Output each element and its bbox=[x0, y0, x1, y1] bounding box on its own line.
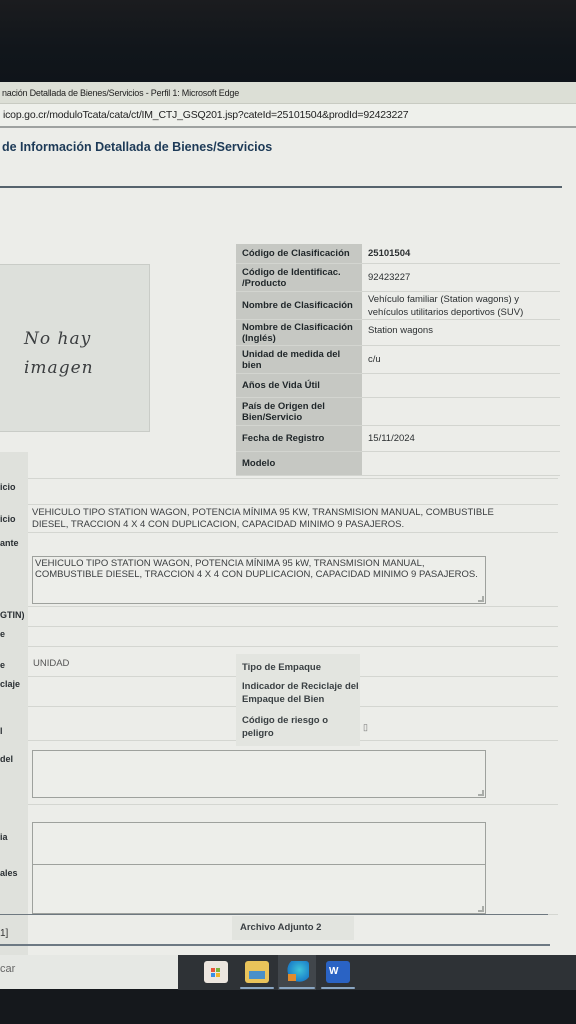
recycle-indicator-label: Indicador de Reciclaje del Empaque del B… bbox=[242, 680, 360, 706]
info-row-classification-name: Nombre de Clasificación Vehículo familia… bbox=[236, 292, 560, 320]
field-label-truncated: l bbox=[0, 726, 3, 736]
field-label-truncated: claje bbox=[0, 679, 20, 689]
taskbar-search[interactable]: car bbox=[0, 955, 178, 989]
row-divider bbox=[28, 804, 558, 805]
footer-divider bbox=[0, 944, 550, 946]
product-image-placeholder: No hay imagen bbox=[0, 264, 150, 432]
footer-divider bbox=[0, 914, 548, 915]
description-textarea[interactable]: VEHICULO TIPO STATION WAGON, POTENCIA MÍ… bbox=[32, 556, 486, 604]
resize-grip-icon[interactable] bbox=[478, 790, 484, 796]
field-label-truncated: del bbox=[0, 754, 13, 764]
info-row-country-of-origin: País de Origen del Bien/Servicio bbox=[236, 398, 560, 426]
field-label-truncated: icio bbox=[0, 514, 16, 524]
row-divider bbox=[28, 532, 558, 533]
word-icon[interactable]: W bbox=[326, 961, 350, 983]
edge-icon[interactable] bbox=[285, 961, 309, 983]
file-explorer-running-indicator bbox=[240, 987, 274, 989]
info-row-classification-code: Código de Clasificación 25101504 bbox=[236, 244, 560, 264]
field-label-gtin: GTIN) bbox=[0, 610, 25, 620]
packaging-type-label: Tipo de Empaque bbox=[242, 661, 321, 674]
taskbar-apps: W bbox=[178, 955, 576, 991]
field-label-truncated: icio bbox=[0, 482, 16, 492]
info-row-useful-life: Años de Vida Útil bbox=[236, 374, 560, 398]
info-row-classification-name-english: Nombre de Clasificación (Inglés) Station… bbox=[236, 320, 560, 346]
page-content: de Información Detallada de Bienes/Servi… bbox=[0, 128, 576, 960]
edge-running-indicator bbox=[279, 987, 315, 989]
monitor-bezel-bottom bbox=[0, 990, 576, 1024]
monitor-bezel-top bbox=[0, 0, 576, 82]
field-label-truncated: ante bbox=[0, 538, 19, 548]
window-titlebar: nación Detallada de Bienes/Servicios - P… bbox=[0, 82, 576, 104]
resize-grip-icon[interactable] bbox=[478, 596, 484, 602]
info-row-unit-of-measure: Unidad de medida del bien c/u bbox=[236, 346, 560, 374]
packaging-labels: Tipo de Empaque Indicador de Reciclaje d… bbox=[236, 654, 360, 746]
unit-value: UNIDAD bbox=[33, 658, 69, 669]
row-divider bbox=[28, 646, 558, 647]
hazard-code-label: Código de riesgo o peligro bbox=[242, 714, 352, 740]
word-running-indicator bbox=[321, 987, 355, 989]
title-divider bbox=[0, 186, 562, 188]
browser-window: nación Detallada de Bienes/Servicios - P… bbox=[0, 82, 576, 960]
store-icon[interactable] bbox=[204, 961, 228, 983]
resize-grip-icon[interactable] bbox=[478, 906, 484, 912]
textarea-field-1[interactable] bbox=[32, 750, 486, 798]
left-label-column bbox=[0, 452, 28, 960]
info-row-registration-date: Fecha de Registro 15/11/2024 bbox=[236, 426, 560, 452]
no-image-text: No hay imagen bbox=[24, 325, 94, 383]
footer-bracket-text: 1] bbox=[0, 928, 8, 939]
row-divider bbox=[28, 504, 558, 505]
page-title: de Información Detallada de Bienes/Servi… bbox=[2, 140, 272, 154]
address-bar[interactable]: icop.go.cr/moduloTcata/cata/ct/IM_CTJ_GS… bbox=[0, 104, 576, 128]
attachment-2-label: Archivo Adjunto 2 bbox=[232, 916, 354, 940]
info-row-model: Modelo bbox=[236, 452, 560, 476]
windows-taskbar: car W bbox=[0, 955, 576, 995]
short-description-text: VEHICULO TIPO STATION WAGON, POTENCIA MÍ… bbox=[32, 507, 532, 531]
field-label-truncated: ales bbox=[0, 868, 18, 878]
field-label-truncated: ia bbox=[0, 832, 8, 842]
info-row-product-id: Código de Identificac. /Producto 9242322… bbox=[236, 264, 560, 292]
file-explorer-icon[interactable] bbox=[245, 961, 269, 983]
textarea-field-3[interactable] bbox=[32, 864, 486, 914]
row-divider bbox=[28, 606, 558, 607]
product-info-table: Código de Clasificación 25101504 Código … bbox=[236, 244, 560, 476]
hazard-code-value: ▯ bbox=[363, 722, 368, 733]
row-divider bbox=[28, 626, 558, 627]
field-label-truncated: e bbox=[0, 629, 5, 639]
row-divider bbox=[28, 478, 558, 479]
field-label-truncated: e bbox=[0, 660, 5, 670]
